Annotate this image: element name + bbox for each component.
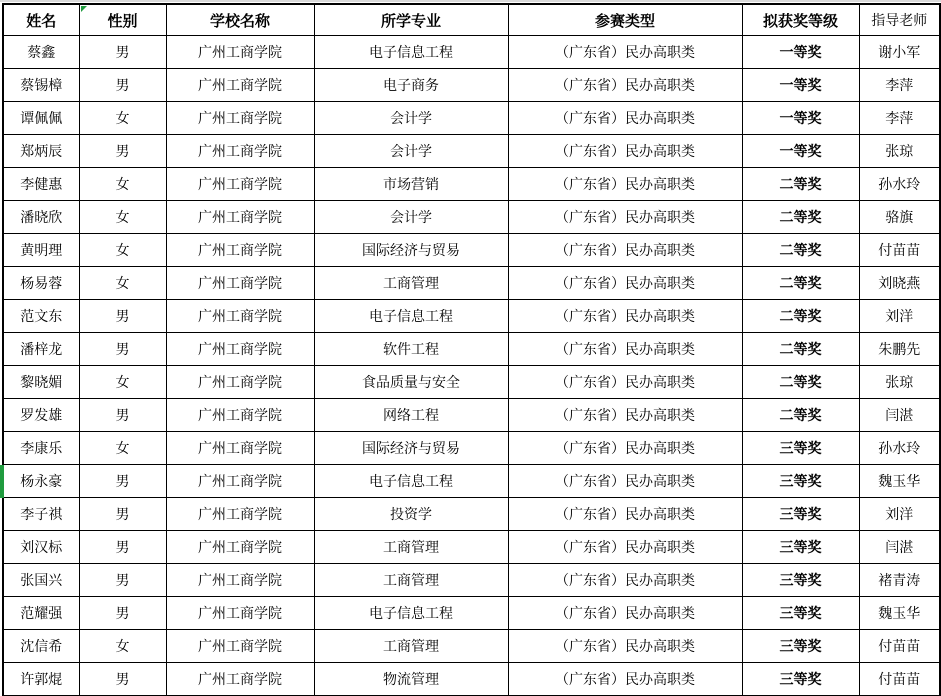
cell-major[interactable]: 电子商务 bbox=[314, 69, 508, 102]
cell-gender[interactable]: 女 bbox=[79, 267, 166, 300]
cell-major[interactable]: 国际经济与贸易 bbox=[314, 234, 508, 267]
table-row: 沈信希 女 广州工商学院 工商管理 （广东省）民办高职类 三等奖 付苗苗 bbox=[3, 630, 940, 663]
cell-gender[interactable]: 男 bbox=[79, 69, 166, 102]
cell-category[interactable]: （广东省）民办高职类 bbox=[508, 201, 742, 234]
cell-teacher[interactable]: 魏玉华 bbox=[859, 597, 940, 630]
col-header-gender-label: 性别 bbox=[107, 12, 137, 30]
table-row: 罗发雄 男 广州工商学院 网络工程 （广东省）民办高职类 二等奖 闫湛 bbox=[3, 399, 940, 432]
cell-category[interactable]: （广东省）民办高职类 bbox=[508, 498, 742, 531]
cell-school[interactable]: 广州工商学院 bbox=[166, 564, 314, 597]
cell-gender[interactable]: 男 bbox=[79, 597, 166, 630]
table-row: 范文东 男 广州工商学院 电子信息工程 （广东省）民办高职类 二等奖 刘洋 bbox=[3, 300, 940, 333]
table-row: 许郭焜 男 广州工商学院 物流管理 （广东省）民办高职类 三等奖 付苗苗 bbox=[3, 663, 940, 696]
cell-award[interactable]: 二等奖 bbox=[742, 168, 859, 201]
cell-category[interactable]: （广东省）民办高职类 bbox=[508, 135, 742, 168]
col-header-school[interactable]: 学校名称 bbox=[166, 4, 314, 36]
cell-school[interactable]: 广州工商学院 bbox=[166, 366, 314, 399]
cell-major[interactable]: 投资学 bbox=[314, 498, 508, 531]
cell-major[interactable]: 国际经济与贸易 bbox=[314, 432, 508, 465]
cell-category[interactable]: （广东省）民办高职类 bbox=[508, 36, 742, 69]
table-row: 李子祺 男 广州工商学院 投资学 （广东省）民办高职类 三等奖 刘洋 bbox=[3, 498, 940, 531]
cell-gender[interactable]: 男 bbox=[79, 300, 166, 333]
table-row: 张国兴 男 广州工商学院 工商管理 （广东省）民办高职类 三等奖 褚青涛 bbox=[3, 564, 940, 597]
cell-award[interactable]: 二等奖 bbox=[742, 267, 859, 300]
cell-category[interactable]: （广东省）民办高职类 bbox=[508, 432, 742, 465]
cell-school[interactable]: 广州工商学院 bbox=[166, 36, 314, 69]
cell-award[interactable]: 三等奖 bbox=[742, 597, 859, 630]
cell-school[interactable]: 广州工商学院 bbox=[166, 597, 314, 630]
cell-gender[interactable]: 男 bbox=[79, 498, 166, 531]
cell-major[interactable]: 电子信息工程 bbox=[314, 597, 508, 630]
cell-name[interactable]: 潘梓龙 bbox=[3, 333, 79, 366]
cell-name[interactable]: 刘汉标 bbox=[3, 531, 79, 564]
cell-name[interactable]: 蔡锡樟 bbox=[3, 69, 79, 102]
cell-gender[interactable]: 男 bbox=[79, 663, 166, 696]
cell-teacher[interactable]: 魏玉华 bbox=[859, 465, 940, 498]
cell-category[interactable]: （广东省）民办高职类 bbox=[508, 597, 742, 630]
cell-major[interactable]: 工商管理 bbox=[314, 630, 508, 663]
cell-major[interactable]: 网络工程 bbox=[314, 399, 508, 432]
cell-gender[interactable]: 男 bbox=[79, 531, 166, 564]
cell-category[interactable]: （广东省）民办高职类 bbox=[508, 267, 742, 300]
cell-award[interactable]: 二等奖 bbox=[742, 399, 859, 432]
cell-award[interactable]: 三等奖 bbox=[742, 498, 859, 531]
table-row: 黎晓媚 女 广州工商学院 食品质量与安全 （广东省）民办高职类 二等奖 张琼 bbox=[3, 366, 940, 399]
cell-school[interactable]: 广州工商学院 bbox=[166, 465, 314, 498]
cell-major[interactable]: 工商管理 bbox=[314, 531, 508, 564]
cell-name[interactable]: 范文东 bbox=[3, 300, 79, 333]
cell-major[interactable]: 电子信息工程 bbox=[314, 36, 508, 69]
cell-major[interactable]: 电子信息工程 bbox=[314, 465, 508, 498]
cell-major[interactable]: 会计学 bbox=[314, 201, 508, 234]
cell-award[interactable]: 三等奖 bbox=[742, 663, 859, 696]
cell-category[interactable]: （广东省）民办高职类 bbox=[508, 531, 742, 564]
cell-school[interactable]: 广州工商学院 bbox=[166, 102, 314, 135]
col-header-award[interactable]: 拟获奖等级 bbox=[742, 4, 859, 36]
cell-gender[interactable]: 男 bbox=[79, 333, 166, 366]
cell-teacher[interactable]: 闫湛 bbox=[859, 531, 940, 564]
cell-name[interactable]: 李子祺 bbox=[3, 498, 79, 531]
cell-name[interactable]: 杨易蓉 bbox=[3, 267, 79, 300]
cell-school[interactable]: 广州工商学院 bbox=[166, 399, 314, 432]
cell-name[interactable]: 蔡鑫 bbox=[3, 36, 79, 69]
cell-award[interactable]: 一等奖 bbox=[742, 135, 859, 168]
cell-category[interactable]: （广东省）民办高职类 bbox=[508, 564, 742, 597]
cell-school[interactable]: 广州工商学院 bbox=[166, 168, 314, 201]
cell-gender[interactable]: 男 bbox=[79, 135, 166, 168]
cell-category[interactable]: （广东省）民办高职类 bbox=[508, 663, 742, 696]
cell-gender[interactable]: 男 bbox=[79, 36, 166, 69]
cell-teacher[interactable]: 孙水玲 bbox=[859, 432, 940, 465]
cell-award[interactable]: 二等奖 bbox=[742, 300, 859, 333]
cell-school[interactable]: 广州工商学院 bbox=[166, 300, 314, 333]
cell-name[interactable]: 罗发雄 bbox=[3, 399, 79, 432]
table-row: 黄明理 女 广州工商学院 国际经济与贸易 （广东省）民办高职类 二等奖 付苗苗 bbox=[3, 234, 940, 267]
cell-teacher[interactable]: 孙水玲 bbox=[859, 168, 940, 201]
col-header-name[interactable]: 姓名 bbox=[3, 4, 79, 36]
cell-award[interactable]: 三等奖 bbox=[742, 465, 859, 498]
cell-teacher[interactable]: 张琼 bbox=[859, 366, 940, 399]
cell-category[interactable]: （广东省）民办高职类 bbox=[508, 234, 742, 267]
cell-category[interactable]: （广东省）民办高职类 bbox=[508, 333, 742, 366]
cell-name[interactable]: 杨永豪 bbox=[3, 465, 79, 498]
cell-name[interactable]: 郑炳辰 bbox=[3, 135, 79, 168]
table-row: 潘梓龙 男 广州工商学院 软件工程 （广东省）民办高职类 二等奖 朱鹏先 bbox=[3, 333, 940, 366]
cell-school[interactable]: 广州工商学院 bbox=[166, 630, 314, 663]
table-row: 蔡鑫 男 广州工商学院 电子信息工程 （广东省）民办高职类 一等奖 谢小军 bbox=[3, 36, 940, 69]
cell-gender[interactable]: 女 bbox=[79, 630, 166, 663]
cell-name[interactable]: 李康乐 bbox=[3, 432, 79, 465]
table-row: 谭佩佩 女 广州工商学院 会计学 （广东省）民办高职类 一等奖 李萍 bbox=[3, 102, 940, 135]
cell-award[interactable]: 二等奖 bbox=[742, 234, 859, 267]
cell-name[interactable]: 黄明理 bbox=[3, 234, 79, 267]
cell-name[interactable]: 黎晓媚 bbox=[3, 366, 79, 399]
cell-school[interactable]: 广州工商学院 bbox=[166, 69, 314, 102]
cell-teacher[interactable]: 张琼 bbox=[859, 135, 940, 168]
table-row: 潘晓欣 女 广州工商学院 会计学 （广东省）民办高职类 二等奖 骆旗 bbox=[3, 201, 940, 234]
cell-gender[interactable]: 男 bbox=[79, 399, 166, 432]
cell-gender[interactable]: 男 bbox=[79, 465, 166, 498]
cell-school[interactable]: 广州工商学院 bbox=[166, 234, 314, 267]
col-header-major[interactable]: 所学专业 bbox=[314, 4, 508, 36]
cell-award[interactable]: 一等奖 bbox=[742, 102, 859, 135]
cell-teacher[interactable]: 闫湛 bbox=[859, 399, 940, 432]
cell-school[interactable]: 广州工商学院 bbox=[166, 663, 314, 696]
cell-award[interactable]: 三等奖 bbox=[742, 432, 859, 465]
cell-teacher[interactable]: 付苗苗 bbox=[859, 630, 940, 663]
cell-category[interactable]: （广东省）民办高职类 bbox=[508, 168, 742, 201]
cell-teacher[interactable]: 付苗苗 bbox=[859, 234, 940, 267]
cell-gender[interactable]: 女 bbox=[79, 432, 166, 465]
cell-category[interactable]: （广东省）民办高职类 bbox=[508, 630, 742, 663]
col-header-category[interactable]: 参赛类型 bbox=[508, 4, 742, 36]
cell-category[interactable]: （广东省）民办高职类 bbox=[508, 102, 742, 135]
col-header-gender[interactable]: 性别 bbox=[79, 4, 166, 36]
cell-category[interactable]: （广东省）民办高职类 bbox=[508, 69, 742, 102]
cell-school[interactable]: 广州工商学院 bbox=[166, 333, 314, 366]
col-header-teacher[interactable]: 指导老师 bbox=[859, 4, 940, 36]
cell-name[interactable]: 谭佩佩 bbox=[3, 102, 79, 135]
table-row: 刘汉标 男 广州工商学院 工商管理 （广东省）民办高职类 三等奖 闫湛 bbox=[3, 531, 940, 564]
cell-name[interactable]: 许郭焜 bbox=[3, 663, 79, 696]
cell-school[interactable]: 广州工商学院 bbox=[166, 267, 314, 300]
cell-award[interactable]: 二等奖 bbox=[742, 333, 859, 366]
cell-major[interactable]: 物流管理 bbox=[314, 663, 508, 696]
table-row: 蔡锡樟 男 广州工商学院 电子商务 （广东省）民办高职类 一等奖 李萍 bbox=[3, 69, 940, 102]
cell-award[interactable]: 三等奖 bbox=[742, 531, 859, 564]
cell-category[interactable]: （广东省）民办高职类 bbox=[508, 465, 742, 498]
cell-major[interactable]: 工商管理 bbox=[314, 564, 508, 597]
cell-school[interactable]: 广州工商学院 bbox=[166, 201, 314, 234]
cell-teacher[interactable]: 刘晓燕 bbox=[859, 267, 940, 300]
cell-award[interactable]: 二等奖 bbox=[742, 201, 859, 234]
cell-teacher[interactable]: 李萍 bbox=[859, 102, 940, 135]
cell-teacher[interactable]: 褚青涛 bbox=[859, 564, 940, 597]
award-table: 姓名 性别 学校名称 所学专业 参赛类型 拟获奖等级 指导老师 蔡鑫 男 广州工… bbox=[2, 3, 941, 696]
table-row: 李康乐 女 广州工商学院 国际经济与贸易 （广东省）民办高职类 三等奖 孙水玲 bbox=[3, 432, 940, 465]
cell-major[interactable]: 会计学 bbox=[314, 102, 508, 135]
cell-teacher[interactable]: 朱鹏先 bbox=[859, 333, 940, 366]
cell-teacher[interactable]: 刘洋 bbox=[859, 300, 940, 333]
cell-gender[interactable]: 女 bbox=[79, 366, 166, 399]
header-row: 姓名 性别 学校名称 所学专业 参赛类型 拟获奖等级 指导老师 bbox=[3, 4, 940, 36]
cell-school[interactable]: 广州工商学院 bbox=[166, 432, 314, 465]
cell-teacher[interactable]: 李萍 bbox=[859, 69, 940, 102]
cell-major[interactable]: 食品质量与安全 bbox=[314, 366, 508, 399]
cell-teacher[interactable]: 刘洋 bbox=[859, 498, 940, 531]
table-row: 杨易蓉 女 广州工商学院 工商管理 （广东省）民办高职类 二等奖 刘晓燕 bbox=[3, 267, 940, 300]
table-row: 李健惠 女 广州工商学院 市场营销 （广东省）民办高职类 二等奖 孙水玲 bbox=[3, 168, 940, 201]
cell-school[interactable]: 广州工商学院 bbox=[166, 135, 314, 168]
cell-gender[interactable]: 女 bbox=[79, 234, 166, 267]
cell-award[interactable]: 一等奖 bbox=[742, 69, 859, 102]
window-edge-strip bbox=[0, 0, 941, 2]
cell-name[interactable]: 李健惠 bbox=[3, 168, 79, 201]
selected-cell-indicator bbox=[0, 465, 4, 498]
cell-award[interactable]: 三等奖 bbox=[742, 564, 859, 597]
cell-category[interactable]: （广东省）民办高职类 bbox=[508, 399, 742, 432]
cell-major[interactable]: 软件工程 bbox=[314, 333, 508, 366]
cell-name[interactable]: 张国兴 bbox=[3, 564, 79, 597]
cell-category[interactable]: （广东省）民办高职类 bbox=[508, 366, 742, 399]
cell-name[interactable]: 沈信希 bbox=[3, 630, 79, 663]
cell-school[interactable]: 广州工商学院 bbox=[166, 531, 314, 564]
cell-category[interactable]: （广东省）民办高职类 bbox=[508, 300, 742, 333]
cell-gender[interactable]: 女 bbox=[79, 201, 166, 234]
table-row: 范耀强 男 广州工商学院 电子信息工程 （广东省）民办高职类 三等奖 魏玉华 bbox=[3, 597, 940, 630]
table-row: 郑炳辰 男 广州工商学院 会计学 （广东省）民办高职类 一等奖 张琼 bbox=[3, 135, 940, 168]
cell-award[interactable]: 一等奖 bbox=[742, 36, 859, 69]
cell-school[interactable]: 广州工商学院 bbox=[166, 498, 314, 531]
cell-major[interactable]: 会计学 bbox=[314, 135, 508, 168]
cell-teacher[interactable]: 付苗苗 bbox=[859, 663, 940, 696]
cell-name[interactable]: 潘晓欣 bbox=[3, 201, 79, 234]
cell-major[interactable]: 电子信息工程 bbox=[314, 300, 508, 333]
cell-award[interactable]: 二等奖 bbox=[742, 366, 859, 399]
cell-gender[interactable]: 女 bbox=[79, 102, 166, 135]
cell-teacher[interactable]: 谢小军 bbox=[859, 36, 940, 69]
cell-gender[interactable]: 男 bbox=[79, 564, 166, 597]
cell-major[interactable]: 市场营销 bbox=[314, 168, 508, 201]
cell-major[interactable]: 工商管理 bbox=[314, 267, 508, 300]
cell-award[interactable]: 三等奖 bbox=[742, 630, 859, 663]
cell-name[interactable]: 范耀强 bbox=[3, 597, 79, 630]
cell-gender[interactable]: 女 bbox=[79, 168, 166, 201]
cell-teacher[interactable]: 骆旗 bbox=[859, 201, 940, 234]
cell-error-triangle-icon bbox=[81, 6, 87, 12]
table-row: 杨永豪 男 广州工商学院 电子信息工程 （广东省）民办高职类 三等奖 魏玉华 bbox=[3, 465, 940, 498]
